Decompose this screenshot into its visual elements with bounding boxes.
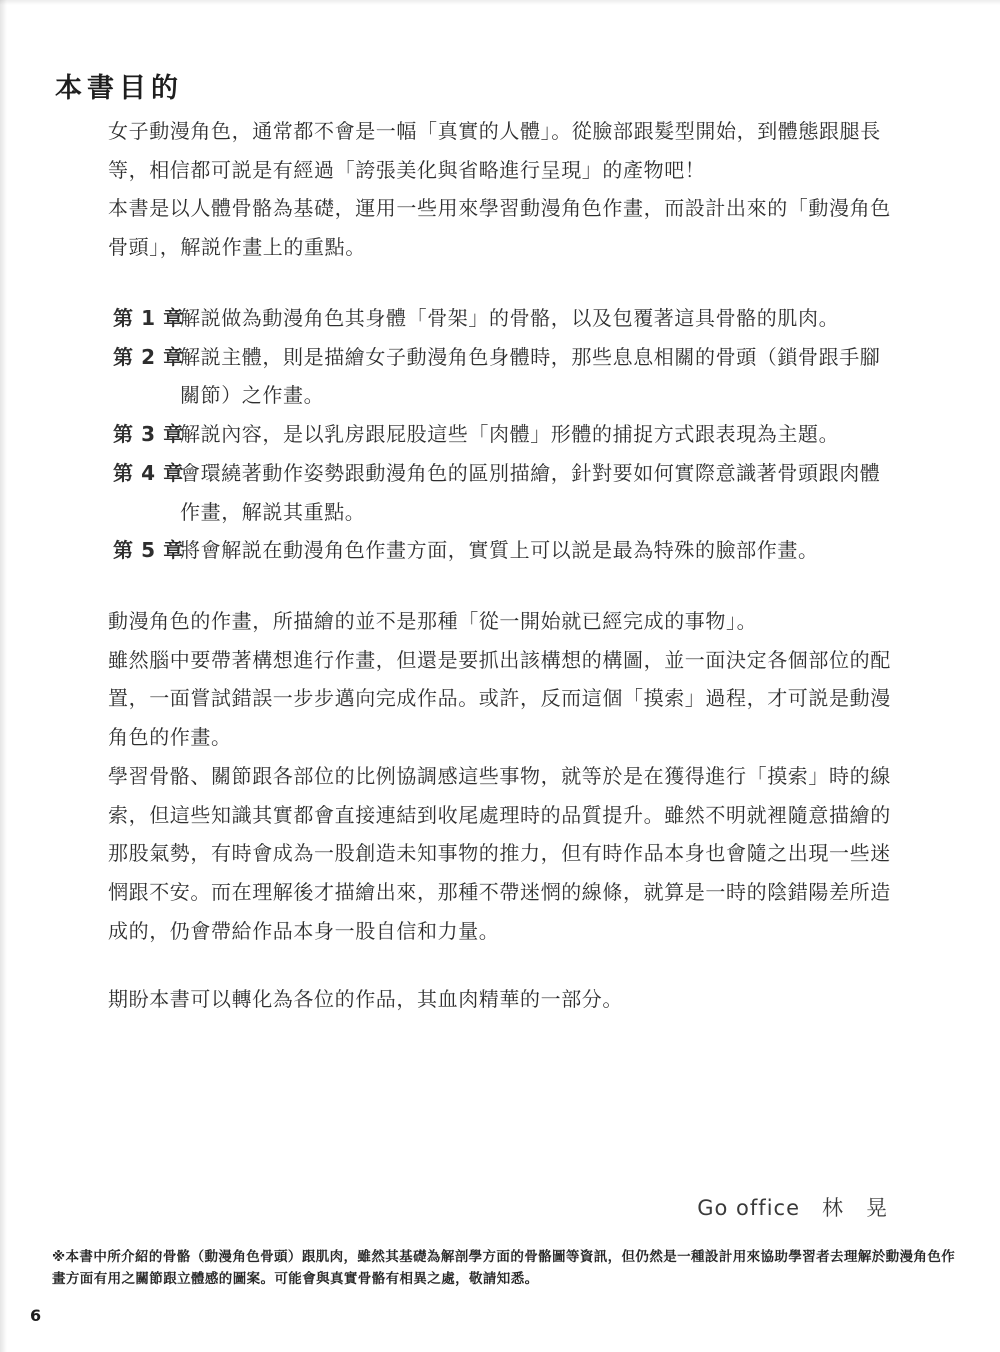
body-line: 惘跟不安。而在理解後才描繪出來，那種不帶迷惘的線條，就算是一時的陰錯陽差所造 [108, 873, 891, 912]
body-line: 學習骨骼、關節跟各部位的比例協調感這些事物，就等於是在獲得進行「摸索」時的線 [108, 757, 891, 796]
intro-paragraph: 女子動漫角色，通常都不會是一幅「真實的人體」。從臉部跟髮型開始，到體態跟腿長 等… [108, 112, 891, 267]
chapter-row: 第 2 章 解説主體，則是描繪女子動漫角色身體時，那些息息相關的骨頭（鎖骨跟手腳… [113, 338, 880, 415]
chapter-line: 會環繞著動作姿勢跟動漫角色的區別描繪，針對要如何實際意識著骨頭跟肉體 [180, 454, 880, 493]
chapter-text: 解説內容，是以乳房跟屁股這些「肉體」形體的捕捉方式跟表現為主題。 [180, 415, 839, 454]
footnote-line: ※本書中所介紹的骨骼（動漫角色骨頭）跟肌肉，雖然其基礎為解剖學方面的骨骼圖等資訊… [52, 1246, 955, 1268]
body-line: 動漫角色的作畫，所描繪的並不是那種「從一開始就已經完成的事物」。 [108, 602, 891, 641]
scan-edge-shadow-top [0, 0, 1000, 5]
intro-line: 骨頭」，解説作畫上的重點。 [108, 228, 891, 267]
body-line: 成的，仍會帶給作品本身一股自信和力量。 [108, 912, 891, 951]
chapter-line: 解説內容，是以乳房跟屁股這些「肉體」形體的捕捉方式跟表現為主題。 [180, 415, 839, 454]
chapter-line: 解説主體，則是描繪女子動漫角色身體時，那些息息相關的骨頭（鎖骨跟手腳 [180, 338, 880, 377]
chapter-label: 第 4 章 [113, 454, 180, 531]
body-line: 索，但這些知識其實都會直接連結到收尾處理時的品質提升。雖然不明就裡隨意描繪的 [108, 796, 891, 835]
author-signature: Go office 林 晃 [697, 1192, 888, 1222]
closing-line: 期盼本書可以轉化為各位的作品，其血肉精華的一部分。 [108, 980, 623, 1019]
closing-paragraph: 期盼本書可以轉化為各位的作品，其血肉精華的一部分。 [108, 980, 623, 1019]
chapter-label: 第 1 章 [113, 299, 180, 338]
intro-line: 本書是以人體骨骼為基礎，運用一些用來學習動漫角色作畫，而設計出來的「動漫角色 [108, 189, 891, 228]
intro-line: 等，相信都可説是有經過「誇張美化與省略進行呈現」的產物吧！ [108, 151, 891, 190]
body-line: 那股氣勢，有時會成為一股創造未知事物的推力，但有時作品本身也會隨之出現一些迷 [108, 834, 891, 873]
chapter-line: 關節）之作畫。 [180, 376, 880, 415]
footnote-line: 畫方面有用之關節跟立體感的圖案。可能會與真實骨骼有相異之處，敬請知悉。 [52, 1268, 955, 1290]
scan-edge-shadow-left [0, 0, 7, 1352]
body-paragraph: 動漫角色的作畫，所描繪的並不是那種「從一開始就已經完成的事物」。 雖然腦中要帶著… [108, 602, 891, 950]
chapter-text: 會環繞著動作姿勢跟動漫角色的區別描繪，針對要如何實際意識著骨頭跟肉體 作畫，解説… [180, 454, 880, 531]
chapter-label: 第 3 章 [113, 415, 180, 454]
book-page: 本書目的 女子動漫角色，通常都不會是一幅「真實的人體」。從臉部跟髮型開始，到體態… [0, 0, 1000, 1352]
chapter-line: 作畫，解説其重點。 [180, 493, 880, 532]
body-line: 雖然腦中要帶著構想進行作畫，但還是要抓出該構想的構圖，並一面決定各個部位的配 [108, 641, 891, 680]
chapter-text: 解説做為動漫角色其身體「骨架」的骨骼，以及包覆著這具骨骼的肌肉。 [180, 299, 839, 338]
chapter-row: 第 3 章 解説內容，是以乳房跟屁股這些「肉體」形體的捕捉方式跟表現為主題。 [113, 415, 880, 454]
chapter-list: 第 1 章 解説做為動漫角色其身體「骨架」的骨骼，以及包覆著這具骨骼的肌肉。 第… [113, 299, 880, 570]
page-number: 6 [30, 1306, 41, 1325]
chapter-row: 第 4 章 會環繞著動作姿勢跟動漫角色的區別描繪，針對要如何實際意識著骨頭跟肉體… [113, 454, 880, 531]
footnote: ※本書中所介紹的骨骼（動漫角色骨頭）跟肌肉，雖然其基礎為解剖學方面的骨骼圖等資訊… [52, 1246, 955, 1290]
chapter-text: 解説主體，則是描繪女子動漫角色身體時，那些息息相關的骨頭（鎖骨跟手腳 關節）之作… [180, 338, 880, 415]
intro-line: 女子動漫角色，通常都不會是一幅「真實的人體」。從臉部跟髮型開始，到體態跟腿長 [108, 112, 891, 151]
chapter-text: 將會解説在動漫角色作畫方面，實質上可以説是最為特殊的臉部作畫。 [180, 531, 819, 570]
body-line: 角色的作畫。 [108, 718, 891, 757]
chapter-label: 第 2 章 [113, 338, 180, 415]
chapter-line: 將會解説在動漫角色作畫方面，實質上可以説是最為特殊的臉部作畫。 [180, 531, 819, 570]
body-line: 置，一面嘗試錯誤一步步邁向完成作品。或許，反而這個「摸索」過程，才可説是動漫 [108, 679, 891, 718]
chapter-line: 解説做為動漫角色其身體「骨架」的骨骼，以及包覆著這具骨骼的肌肉。 [180, 299, 839, 338]
chapter-row: 第 1 章 解説做為動漫角色其身體「骨架」的骨骼，以及包覆著這具骨骼的肌肉。 [113, 299, 880, 338]
chapter-label: 第 5 章 [113, 531, 180, 570]
chapter-row: 第 5 章 將會解説在動漫角色作畫方面，實質上可以説是最為特殊的臉部作畫。 [113, 531, 880, 570]
page-title: 本書目的 [55, 66, 183, 105]
